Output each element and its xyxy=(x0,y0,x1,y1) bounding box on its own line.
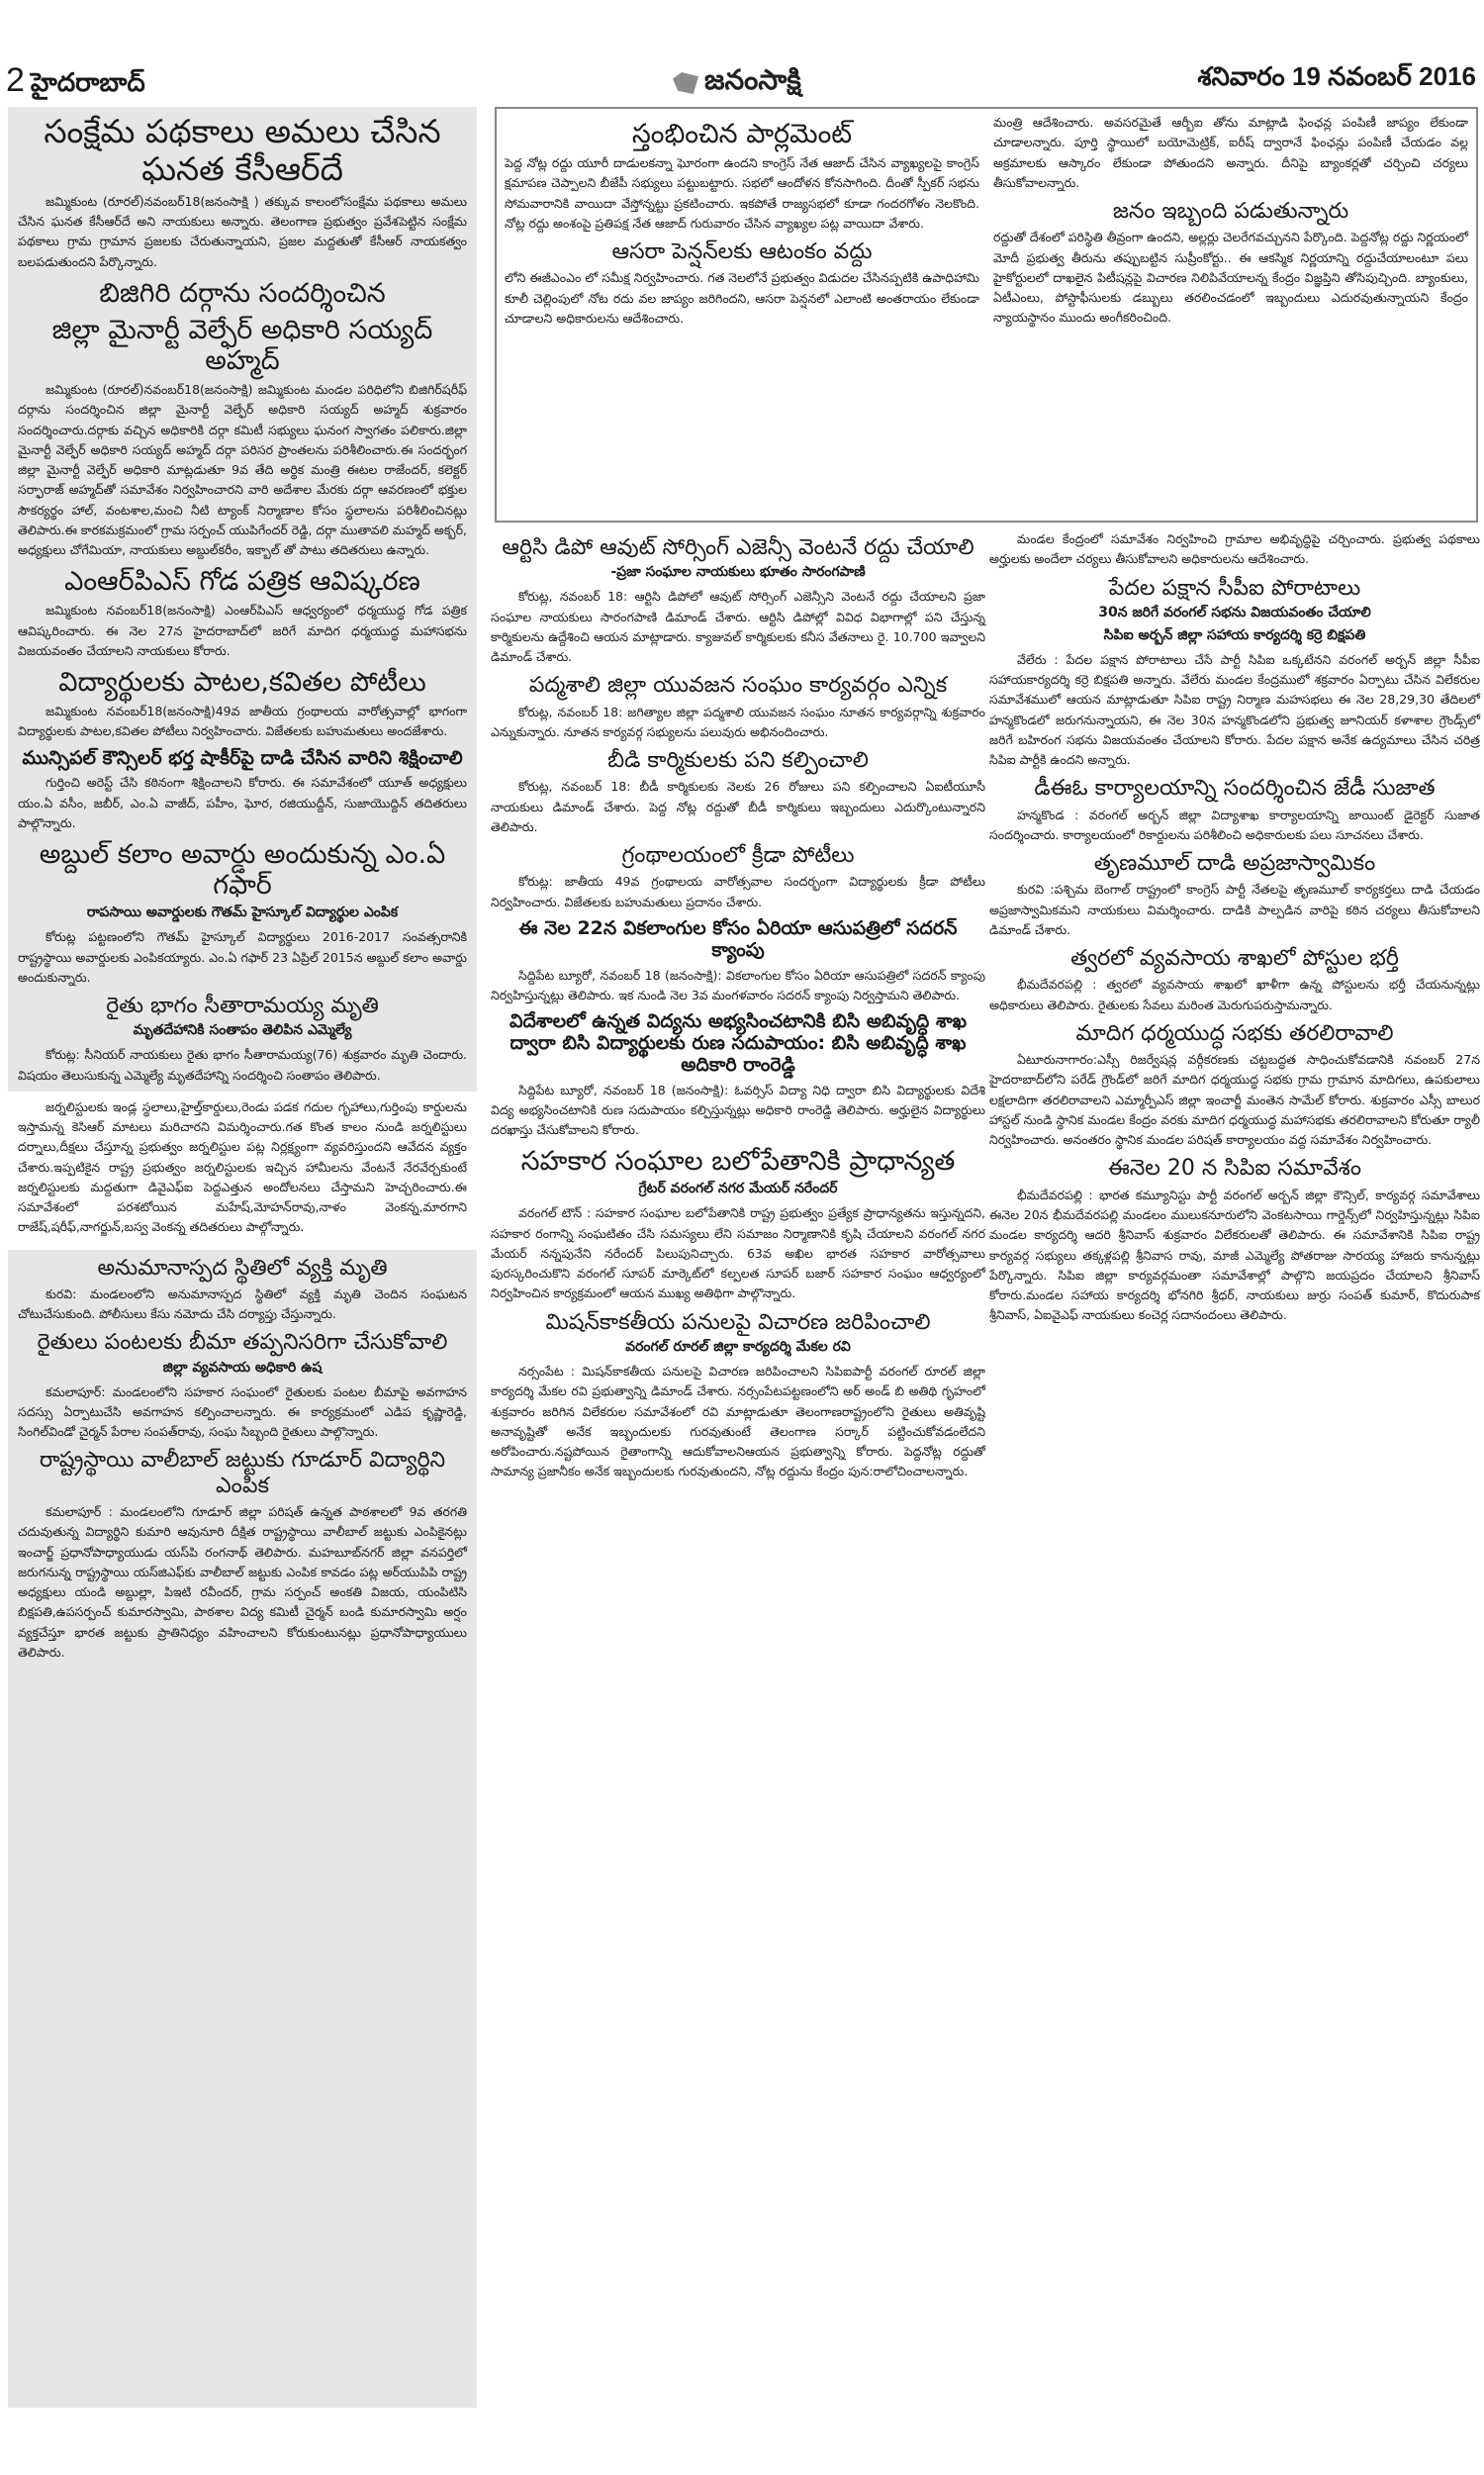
article-body: వరంగల్ టౌన్ : సహకార సంఘాల బలోపేతానికి రా… xyxy=(491,1203,985,1303)
article: ఆర్టిసి డిపో ఆవుట్ సోర్సింగ్ ఎజెన్సీ వెం… xyxy=(491,535,985,667)
article-headline: అనుమానాస్పద స్థితిలో వ్యక్తి మృతి xyxy=(18,1256,467,1281)
article-body: కురవి: మండలంలోని అనుమానాస్పద స్థితిలో వ్… xyxy=(18,1285,467,1325)
article-headline: రాష్ట్రస్థాయి వాలీబాల్ జట్టుకు గూడూర్ వి… xyxy=(18,1448,467,1498)
article-subheading: రాపసాయి అవార్డులకు గౌతమ్ హైస్కూల్ విద్యా… xyxy=(18,904,467,923)
article-headline: రైతు భాగం సీతారామయ్య మృతి xyxy=(18,994,467,1018)
article-body: మండల కేంద్రంలో సమావేశం నిర్వహించి గ్రామా… xyxy=(989,529,1480,570)
article: గ్రంథాలయంలో క్రీడా పోటీలుకోరుట్ల: జాతీయ … xyxy=(491,843,985,912)
article: ఈ నెల 22న వికలాంగుల కోసం ఏరియా ఆసుపత్రిల… xyxy=(491,918,985,1005)
article: తృణమూల్ దాడి అప్రజాస్వామికంకురవి :పశ్చిమ… xyxy=(989,851,1480,940)
left-column: సంక్షేమ పథకాలు అమలు చేసిన ఘనత కేసీఆర్‌దే… xyxy=(8,107,477,2408)
article-body: పెద్ద నోట్ల రద్దు యూరీ దాడులకన్నా ఘోరంగా… xyxy=(505,153,979,234)
article-subheading: గ్రేటర్ వరంగల్ నగర మేయర్ నరేందర్ xyxy=(491,1181,985,1199)
article-subheading: -ప్రజా సంఘాల నాయకులు భూతం సారంగపాణి xyxy=(491,564,985,583)
article: బిజిగిరి దర్గాను సందర్శించినజిల్లా మైనార… xyxy=(18,278,467,560)
article-body: భీమదేవరపల్లి : త్వరలో వ్యవసాయ శాఖలో ఖాళీ… xyxy=(989,975,1480,1015)
article-body: భీమదేవరపల్లి : భారత కమ్యూనిస్టు పార్టీ వ… xyxy=(989,1186,1480,1326)
article: జర్నలిస్టులకు ఇండ్ల స్థలాలు,హైల్త్‌కార్డ… xyxy=(8,1092,477,1250)
article-headline: అబ్దుల్ కలాం అవార్డు అందుకున్న ఎం.ఏ గఫార… xyxy=(18,839,467,901)
article-headline: మాదిగ ధర్మయుద్ధ సభకు తరలిరావాలి xyxy=(989,1021,1480,1046)
article-body: కోరుట్ల: జాతీయ 49వ గ్రంథాలయ వారోత్సవాల స… xyxy=(491,872,985,912)
right-column: మండల కేంద్రంలో సమావేశం నిర్వహించి గ్రామా… xyxy=(989,529,1480,1332)
article-headline: మున్సిపల్ కౌన్సిలర్ భర్త షాకీర్‌పై దాడి … xyxy=(18,748,467,770)
article-body: జమ్మికుంట (రూరల్)నవంబర్18(జనంసాక్షి) జమ్… xyxy=(18,380,467,560)
article-headline: ఈ నెల 22న వికలాంగుల కోసం ఏరియా ఆసుపత్రిల… xyxy=(491,918,985,962)
section-title: హైదరాబాద్ xyxy=(31,67,145,97)
article-body: హన్మకొండ : వరంగల్ అర్బన్ జిల్లా విద్యాశా… xyxy=(989,806,1480,846)
article-body: రద్దుతో దేశంలో పరిస్థితి తీవ్రంగా ఉందని,… xyxy=(993,228,1468,328)
newspaper-logo: జనంసాక్షి xyxy=(673,63,801,103)
article: విద్యార్థులకు పాటల,కవితల పోటీలుజమ్మికుంట… xyxy=(18,667,467,742)
article: రైతులు పంటలకు బీమా తప్పనిసరిగా చేసుకోవాల… xyxy=(18,1330,467,1442)
article-body: కమలాపూర్ : మండలంలోని గూడూర్ జిల్లా పరిషత… xyxy=(18,1502,467,1663)
article-body: సిద్దిపేట బ్యూరో, నవంబర్ 18 (జనంసాక్షి):… xyxy=(491,1081,985,1141)
article: మిషన్‌కాకతీయ పనులపై విచారణ జరిపించాలివరం… xyxy=(491,1310,985,1482)
article: ఈనెల 20 న సిపిఐ సమావేశంభీమదేవరపల్లి : భా… xyxy=(989,1156,1480,1325)
article-body: కమలాపూర్: మండలంలోని సహకార సంఘంలో రైతులకు… xyxy=(18,1382,467,1443)
article: మాదిగ ధర్మయుద్ధ సభకు తరలిరావాలిఏటూరునాగా… xyxy=(989,1021,1480,1151)
article-headline: పద్మశాలి జిల్లా యువజన సంఘం కార్యవర్గం ఎన… xyxy=(491,673,985,698)
article: ఎంఆర్‌పిఎస్ గోడ పత్రిక ఆవిష్కరణజమ్మికుంట… xyxy=(18,566,467,661)
masthead: 2హైదరాబాద్ జనంసాక్షి శనివారం 19 నవంబర్ 2… xyxy=(0,0,1484,109)
article-subheadline: ఆసరా పెన్షన్‌లకు ఆటంకం వద్దు xyxy=(505,239,979,264)
article: పద్మశాలి జిల్లా యువజన సంఘం కార్యవర్గం ఎన… xyxy=(491,673,985,742)
article-body: నర్సంపేట : మిషన్‌కాకతీయ పనులపై విచారణ జర… xyxy=(491,1362,985,1482)
article-headline: బిజిగిరి దర్గాను సందర్శించిన xyxy=(18,278,467,309)
article-headline: పేదల పక్షాన సీపీఐ పోరాటాలు xyxy=(989,576,1480,601)
article: రైతు భాగం సీతారామయ్య మృతిమృతదేహానికి సంత… xyxy=(18,994,467,1086)
article-body: గుర్తించి అరెస్ట్ చేసి కఠినంగా శిక్షించా… xyxy=(18,773,467,833)
article-body: కోరుట్ల, నవంబర్ 18: ఆర్టిసి డిపోలో ఆవుట్… xyxy=(491,587,985,667)
article-headline: ఈనెల 20 న సిపిఐ సమావేశం xyxy=(989,1156,1480,1181)
article-body: మంత్రి ఆదేశించారు. అవసరమైతే ఆర్బీఐ తోను … xyxy=(993,113,1468,193)
article: బీడి కార్మికులకు పని కల్పించాలికోరుట్ల, … xyxy=(491,748,985,837)
article: మున్సిపల్ కౌన్సిలర్ భర్త షాకీర్‌పై దాడి … xyxy=(18,748,467,834)
article-headline: త్వరలో వ్యవసాయ శాఖలో పోస్టుల భర్తీ xyxy=(989,946,1480,971)
article: డీఈఓ కార్యాలయాన్ని సందర్శించిన జేడీ సుజా… xyxy=(989,776,1480,845)
article: మండల కేంద్రంలో సమావేశం నిర్వహించి గ్రామా… xyxy=(989,529,1480,570)
article-headline: జిల్లా మైనార్టీ వెల్ఫేర్ అధికారి సయ్యద్ … xyxy=(18,315,467,376)
article-body: జమ్మికుంట (రూరల్)నవంబర్18(జనంసాక్షి ) తక… xyxy=(18,192,467,272)
article-headline: ఆర్టిసి డిపో ఆవుట్ సోర్సింగ్ ఎజెన్సీ వెం… xyxy=(491,535,985,560)
article: సంక్షేమ పథకాలు అమలు చేసిన ఘనత కేసీఆర్‌దే… xyxy=(18,113,467,272)
article: అబ్దుల్ కలాం అవార్డు అందుకున్న ఎం.ఏ గఫార… xyxy=(18,839,467,988)
article-headline: డీఈఓ కార్యాలయాన్ని సందర్శించిన జేడీ సుజా… xyxy=(989,776,1480,801)
article-body: కురవి :పశ్చిమ బెంగాల్ రాష్ట్రంలో కాంగ్రె… xyxy=(989,880,1480,940)
article-body: జర్నలిస్టులకు ఇండ్ల స్థలాలు,హైల్త్‌కార్డ… xyxy=(18,1097,467,1238)
article: పేదల పక్షాన సీపీఐ పోరాటాలు30న జరిగే వరంగ… xyxy=(989,576,1480,771)
article: విదేశాలలో ఉన్నత విద్యను అభ్యసించటానికి బ… xyxy=(491,1011,985,1140)
article-headline: స్తంభించిన పార్లమెంట్ xyxy=(505,119,979,149)
article-headline: బీడి కార్మికులకు పని కల్పించాలి xyxy=(491,748,985,773)
article-subheading: మృతదేహానికి సంతాపం తెలిపిన ఎమ్మెల్యే xyxy=(18,1022,467,1041)
article-headline: రైతులు పంటలకు బీమా తప్పనిసరిగా చేసుకోవాల… xyxy=(18,1330,467,1355)
article-subheading: సిపిఐ అర్బన్ జిల్లా సహాయ కార్యదర్శి కర్ర… xyxy=(989,627,1480,646)
article: సహకార సంఘాల బలోపేతానికి ప్రాధాన్యతగ్రేటర… xyxy=(491,1146,985,1303)
article-headline: విదేశాలలో ఉన్నత విద్యను అభ్యసించటానికి బ… xyxy=(491,1011,985,1077)
article-headline: సహకార సంఘాల బలోపేతానికి ప్రాధాన్యత xyxy=(491,1146,985,1177)
article-body: జమ్మికుంట నవంబర్18(జనంసాక్షి)49వ జాతీయ గ… xyxy=(18,702,467,742)
article-body: కోరుట్ల: సీనియర్ నాయకులు రైతు భాగం సీతార… xyxy=(18,1045,467,1086)
article-body: జమ్మికుంట నవంబర్18(జనంసాక్షి) ఎంఆర్‌పిఎస… xyxy=(18,601,467,661)
article: అనుమానాస్పద స్థితిలో వ్యక్తి మృతికురవి: … xyxy=(18,1256,467,1325)
article: త్వరలో వ్యవసాయ శాఖలో పోస్టుల భర్తీభీమదేవ… xyxy=(989,946,1480,1015)
article-body: ఏటూరునాగారం:ఎస్సీ రిజర్వేషన్ల వర్గీకరణకు… xyxy=(989,1050,1480,1150)
parliament-story-box: స్తంభించిన పార్లమెంట్ పెద్ద నోట్ల రద్దు … xyxy=(495,107,1478,523)
article-headline: మిషన్‌కాకతీయ పనులపై విచారణ జరిపించాలి xyxy=(491,1310,985,1335)
article: రాష్ట్రస్థాయి వాలీబాల్ జట్టుకు గూడూర్ వి… xyxy=(18,1448,467,1663)
article-body: సిద్దిపేట బ్యూరో, నవంబర్ 18 (జనంసాక్షి):… xyxy=(491,966,985,1006)
article-body: కోరుట్ల, నవంబర్ 18: బీడీ కార్మికులకు నెల… xyxy=(491,777,985,837)
article-headline: విద్యార్థులకు పాటల,కవితల పోటీలు xyxy=(18,667,467,698)
article-headline: సంక్షేమ పథకాలు అమలు చేసిన ఘనత కేసీఆర్‌దే xyxy=(18,113,467,188)
article-body: లోని ఈజీఎంఎం లో సమీక్ష నిర్వహించారు. గత … xyxy=(505,268,979,329)
middle-column: ఆర్టిసి డిపో ఆవుట్ సోర్సింగ్ ఎజెన్సీ వెం… xyxy=(491,529,985,1488)
article-subheading: వరంగల్ రూరల్ జిల్లా కార్యదర్శి మేకల రవి xyxy=(491,1339,985,1358)
article-headline: తృణమూల్ దాడి అప్రజాస్వామికం xyxy=(989,851,1480,876)
issue-date: శనివారం 19 నవంబర్ 2016 xyxy=(1197,61,1476,98)
page-number: 2హైదరాబాద్ xyxy=(6,61,145,104)
article-body: కోరుట్ల, నవంబర్ 18: జగిత్యాల జిల్లా పద్మ… xyxy=(491,703,985,743)
article-subheadline: జనం ఇబ్బంది పడుతున్నారు xyxy=(993,199,1468,224)
article-headline: గ్రంథాలయంలో క్రీడా పోటీలు xyxy=(491,843,985,868)
article-subheading: జిల్లా వ్యవసాయ అధికారి ఉష xyxy=(18,1360,467,1379)
article-subheading: 30న జరిగే వరంగల్ సభను విజయవంతం చేయాలి xyxy=(989,605,1480,623)
article-headline: ఎంఆర్‌పిఎస్ గోడ పత్రిక ఆవిష్కరణ xyxy=(18,566,467,597)
article-body: కోరుట్ల పట్టణంలోని గౌతమ్ హైస్కూల్ విద్యా… xyxy=(18,927,467,988)
telangana-map-icon xyxy=(673,72,698,94)
article-body: వేలేరు : పేదల పక్షాన పోరాటాలు చేసే పార్ట… xyxy=(989,650,1480,771)
